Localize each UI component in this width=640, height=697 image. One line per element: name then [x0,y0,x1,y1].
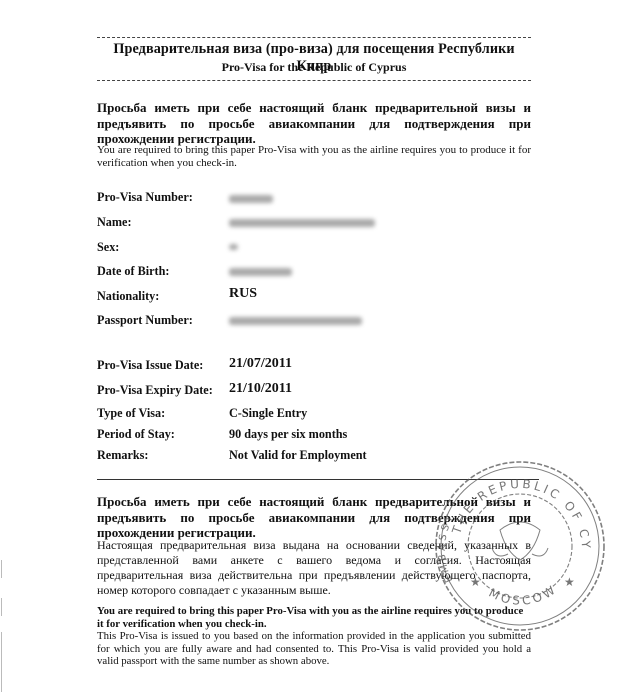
notice-bottom-ru: Настоящая предварительная виза выдана на… [97,538,531,598]
section-divider [97,479,539,480]
field-label-passport-number: Passport Number: [97,313,193,328]
field-value-date-of-birth-redacted [229,268,292,276]
field-label-issue-date: Pro-Visa Issue Date: [97,358,203,373]
notice-bottom-en: This Pro-Visa is issued to you based on … [97,630,531,668]
field-label-sex: Sex: [97,240,119,255]
header-dashed-rule-top [97,37,531,38]
svg-text:★: ★ [564,575,578,589]
scan-margin-mark [1,560,2,578]
notice-bottom-ru-bold: Просьба иметь при себе настоящий бланк п… [97,494,531,541]
field-label-period-of-stay: Period of Stay: [97,427,175,442]
field-value-type-of-visa: C-Single Entry [229,406,307,421]
field-value-period-of-stay: 90 days per six months [229,427,347,442]
field-label-expiry-date: Pro-Visa Expiry Date: [97,383,213,398]
document-title-en: Pro-Visa for the Republic of Cyprus [97,60,531,75]
field-value-remarks: Not Valid for Employment [229,448,367,463]
header-dashed-rule-bottom [97,80,531,81]
field-label-remarks: Remarks: [97,448,148,463]
field-value-name-redacted [229,219,375,227]
field-label-nationality: Nationality: [97,289,159,304]
scan-margin-mark [1,598,2,616]
field-value-issue-date: 21/07/2011 [229,356,292,372]
field-value-passport-number-redacted [229,317,362,325]
notice-top-en: You are required to bring this paper Pro… [97,144,531,170]
notice-top-ru: Просьба иметь при себе настоящий бланк п… [97,100,531,147]
notice-bottom-en-bold: You are required to bring this paper Pro… [97,605,531,630]
field-label-pro-visa-number: Pro-Visa Number: [97,190,193,205]
field-value-pro-visa-number-redacted [229,195,273,203]
field-label-type-of-visa: Type of Visa: [97,406,165,421]
field-value-nationality: RUS [229,286,257,302]
scan-margin-mark [1,632,2,692]
field-value-sex-redacted [229,244,238,250]
field-label-date-of-birth: Date of Birth: [97,264,169,279]
field-label-name: Name: [97,215,132,230]
field-value-expiry-date: 21/10/2011 [229,381,292,397]
